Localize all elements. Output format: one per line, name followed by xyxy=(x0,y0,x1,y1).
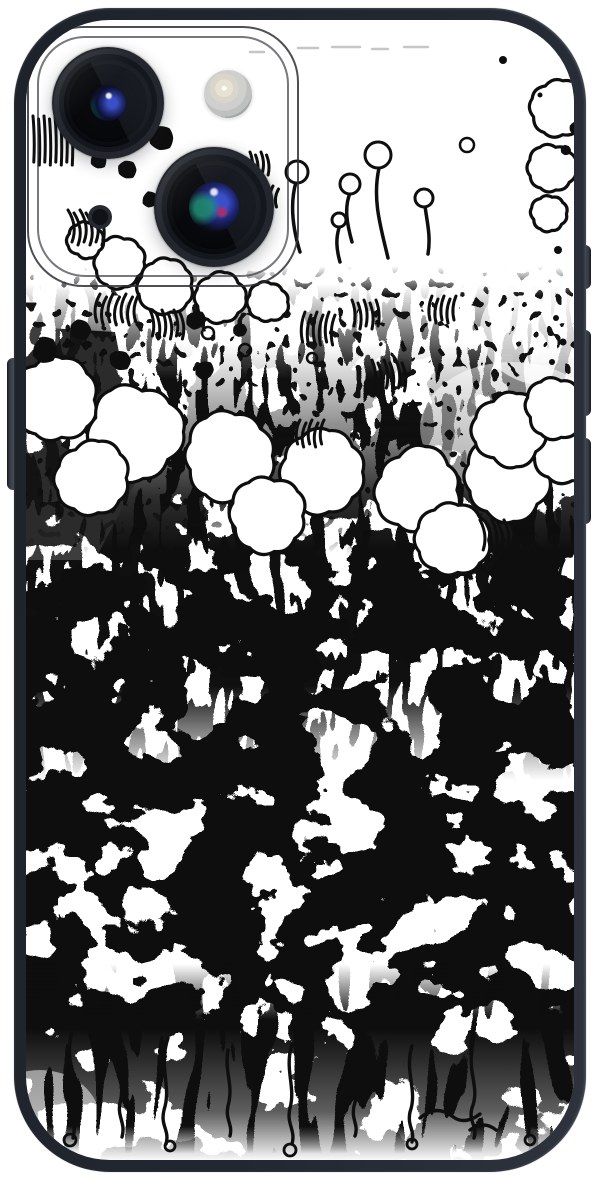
lens-glass xyxy=(64,59,151,146)
camera-lens-top xyxy=(52,47,164,159)
product-image xyxy=(0,0,600,1183)
camera-lens-bottom xyxy=(154,147,274,267)
flash-led xyxy=(204,70,252,118)
lens-iris xyxy=(90,85,126,121)
microphone-dot xyxy=(88,205,112,229)
lens-iris xyxy=(189,182,239,232)
phone-back-skin xyxy=(26,20,574,1160)
phone-frame xyxy=(14,8,586,1172)
lens-glass xyxy=(167,160,261,254)
